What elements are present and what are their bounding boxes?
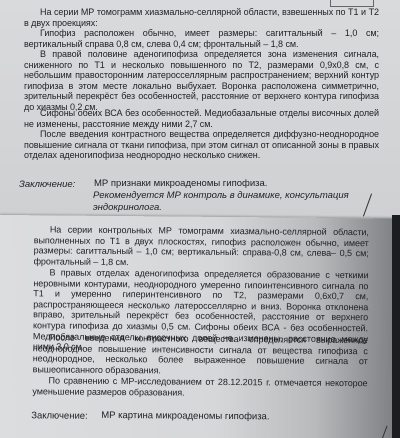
- recommendation-line-1: Рекомендуется МР контроль в динамике, ко…: [93, 190, 349, 202]
- pituitary-size-paragraph: Гипофиз расположен обычно, имеет размеры…: [24, 28, 379, 49]
- report-sheet-1: На серии МР томограмм хиазмально-селлярн…: [0, 0, 400, 222]
- ica-paragraph: Сифоны обеих ВСА без особенностей. Медио…: [24, 108, 379, 129]
- intro-paragraph: На серии МР томограмм хиазмально-селлярн…: [24, 7, 379, 28]
- contrast-paragraph-2: После введения контрастного вещества опр…: [33, 332, 368, 377]
- paragraph-text: Гипофиз расположен обычно, имеет размеры…: [24, 28, 379, 49]
- background-shadow: [392, 215, 400, 438]
- contrast-paragraph: После введения контрастного вещества опр…: [24, 129, 379, 161]
- pen-mark-2: [382, 426, 388, 438]
- conclusion-text-2: МР картина микроаденомы гипофиза.: [101, 410, 269, 423]
- paragraph-text: По сравнению с МР-исследованием от 28.12…: [32, 375, 367, 397]
- report-sheet-2: На серии контрольных МР томограмм хиазма…: [0, 215, 396, 438]
- paragraph-text: После введения контрастного вещества опр…: [24, 129, 379, 160]
- conclusion-label-2: Заключение:: [31, 410, 88, 421]
- pen-mark: [363, 194, 372, 217]
- stamp-box: [330, 0, 374, 7]
- recommendation-line-2: эндокринолога.: [93, 202, 162, 214]
- intro-text: На серии МР томограмм хиазмально-селлярн…: [24, 7, 379, 28]
- paragraph-text: На серии контрольных МР томограмм хиазма…: [34, 224, 369, 266]
- adenohypophysis-paragraph: В правой половине аденогипофиза определя…: [24, 49, 379, 113]
- conclusion-label: Заключение:: [19, 179, 75, 190]
- comparison-paragraph: По сравнению с МР-исследованием от 28.12…: [32, 375, 367, 399]
- control-study-paragraph: На серии контрольных МР томограмм хиазма…: [34, 224, 369, 269]
- paragraph-text: После введения контрастного вещества опр…: [33, 332, 368, 375]
- conclusion-line-1: МР признаки микроаденомы гипофиза.: [94, 178, 267, 190]
- paragraph-text: Сифоны обеих ВСА без особенностей. Медио…: [24, 108, 379, 129]
- paragraph-text: В правой половине аденогипофиза определя…: [24, 49, 379, 112]
